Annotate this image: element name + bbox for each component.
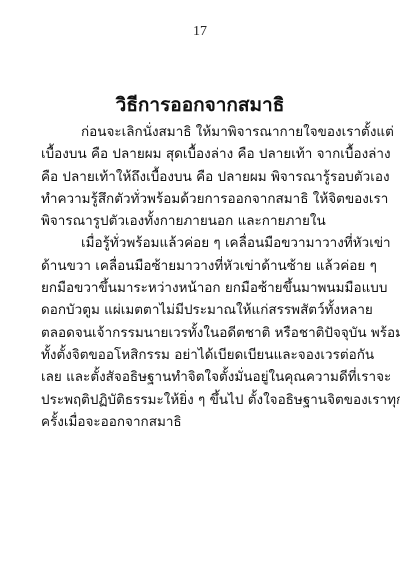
text-line: เลย และตั้งสัจอธิษฐานทำจิตใจตั้งมั่นอยู่… bbox=[41, 366, 371, 388]
text-line: ด้านขวา เคลื่อนมือซ้ายมาวางที่หัวเข่าด้า… bbox=[41, 255, 371, 277]
text-line: พิจารณารูปตัวเองทั้งกายภายนอก และกายภายใ… bbox=[41, 210, 371, 232]
text-line: ทั้งตั้งจิตขออโหสิกรรม อย่าได้เบียดเบียน… bbox=[41, 344, 371, 366]
body-text: ก่อนจะเลิกนั่งสมาธิ ให้มาพิจารณากายใจของ… bbox=[41, 121, 371, 433]
text-line: คือ ปลายเท้าให้ถึงเบื้องบน คือ ปลายผม พิ… bbox=[41, 166, 371, 188]
page-title: วิธีการออกจากสมาธิ bbox=[0, 90, 400, 120]
text-line: ครั้งเมื่อจะออกจากสมาธิ bbox=[41, 411, 371, 433]
text-line: ประพฤติปฏิบัติธรรมะให้ยิ่ง ๆ ขึ้นไป ตั้ง… bbox=[41, 389, 371, 411]
page-number: 17 bbox=[0, 24, 400, 40]
text-line: เมื่อรู้ทั่วพร้อมแล้วค่อย ๆ เคลื่อนมือขว… bbox=[41, 232, 371, 254]
text-line: ก่อนจะเลิกนั่งสมาธิ ให้มาพิจารณากายใจของ… bbox=[41, 121, 371, 143]
text-line: ทำความรู้สึกตัวทั่วพร้อมด้วยการออกจากสมา… bbox=[41, 188, 371, 210]
text-line: ตลอดจนเจ้ากรรมนายเวรทั้งในอดีตชาติ หรือช… bbox=[41, 322, 371, 344]
text-line: เบื้องบน คือ ปลายผม สุดเบื้องล่าง คือ ปล… bbox=[41, 143, 371, 165]
text-line: ยกมือขวาขึ้นมาระหว่างหน้าอก ยกมือซ้ายขึ้… bbox=[41, 277, 371, 299]
text-line: ดอกบัวตูม แผ่เมตตาไม่มีประมาณให้แก่สรรพส… bbox=[41, 299, 371, 321]
